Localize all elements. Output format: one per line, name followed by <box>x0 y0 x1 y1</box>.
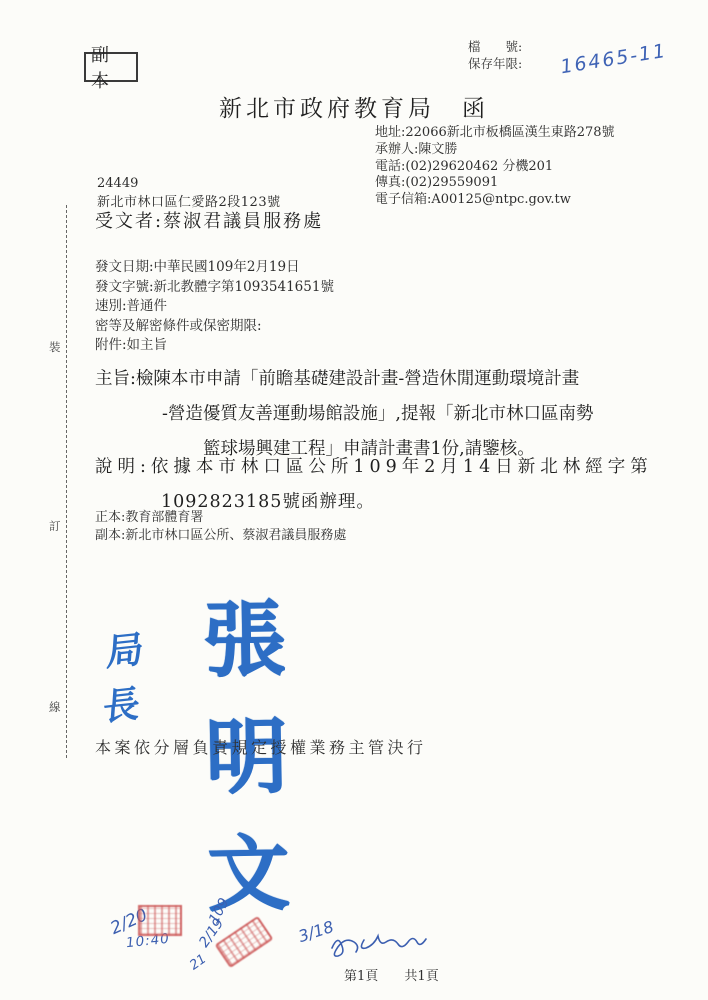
delegation-note: 本案依分層負責規定授權業務主管決行 <box>95 735 427 758</box>
cc-recipients: 副本:新北市林口區公所、蔡淑君議員服務處 <box>95 527 346 545</box>
file-reference-block: 檔 號: 保存年限: <box>468 38 522 72</box>
issue-date: 發文日期:中華民國109年2月19日 <box>95 258 334 278</box>
sender-contact: 承辦人:陳文勝 <box>375 142 615 159</box>
binding-mark-ding: 訂 <box>49 516 61 536</box>
scanned-official-letter: 副本 檔 號: 保存年限: 16465-11 新北市政府教育局 函 地址:220… <box>0 0 708 1000</box>
sender-info-block: 地址:22066新北市板橋區漢生東路278號 承辦人:陳文勝 電話:(02)29… <box>375 125 615 209</box>
sender-email: 電子信箱:A00125@ntpc.gov.tw <box>375 192 615 209</box>
handwritten-file-number: 16465-11 <box>559 40 669 79</box>
copy-stamp-label: 副本 <box>91 41 136 93</box>
page-number: 第1頁 <box>344 969 378 984</box>
sender-phone: 電話:(02)29620462 分機201 <box>375 159 615 176</box>
file-no-label: 檔 號: <box>468 38 522 55</box>
signature-title: 局長 <box>101 617 159 732</box>
description-line: 說明:依據本市林口區公所109年2月14日新北林經字第 <box>95 450 653 485</box>
retention-label: 保存年限: <box>468 55 522 72</box>
speed-class: 速別:普通件 <box>95 297 334 317</box>
document-meta-block: 發文日期:中華民國109年2月19日 發文字號:新北教體字第1093541651… <box>95 258 334 356</box>
binding-mark-xian: 線 <box>49 697 61 717</box>
page-total: 共1頁 <box>404 969 438 984</box>
security-class: 密等及解密條件或保密期限: <box>95 317 334 337</box>
handwritten-note-2-part: 21 <box>187 952 209 974</box>
sender-fax: 傳真:(02)29559091 <box>375 175 615 192</box>
recipient-zip: 24449 <box>97 176 138 191</box>
approval-red-stamp-1 <box>138 905 182 936</box>
distribution-block: 正本:教育部體育署 副本:新北市林口區公所、蔡淑君議員服務處 <box>95 509 346 545</box>
binding-dashed-line <box>66 205 67 758</box>
handwritten-signature-scribble <box>330 928 440 962</box>
original-recipient: 正本:教育部體育署 <box>95 509 346 527</box>
subject-line: 主旨:檢陳本市申請「前瞻基礎建設計畫-營造休閒運動環境計畫 <box>95 362 593 397</box>
document-title: 新北市政府教育局 函 <box>0 90 708 123</box>
page-footer: 第1頁 共1頁 <box>344 965 461 984</box>
subject-line: -營造優質友善運動場館設施」,提報「新北市林口區南勢 <box>162 397 593 432</box>
recipient-line: 受文者:蔡淑君議員服務處 <box>95 207 323 233</box>
binding-mark-zhuang: 裝 <box>49 337 61 357</box>
issue-number: 發文字號:新北教體字第1093541651號 <box>95 278 334 298</box>
copy-stamp-box: 副本 <box>84 52 138 82</box>
sender-address: 地址:22066新北市板橋區漢生東路278號 <box>375 125 615 142</box>
attachment-note: 附件:如主旨 <box>95 336 334 356</box>
